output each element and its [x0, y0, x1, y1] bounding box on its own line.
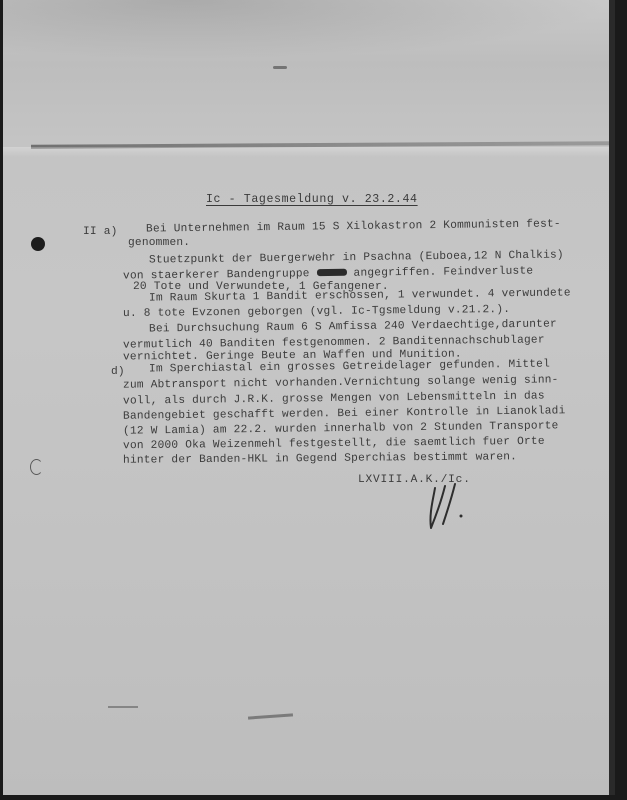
report-line: von staerkerer Bandengruppe angegriffen.… [123, 265, 533, 282]
report-line: (12 W Lamia) am 22.2. wurden innerhalb v… [123, 420, 559, 437]
report-line: zum Abtransport nicht vorhanden.Vernicht… [123, 374, 559, 391]
report-line: voll, als durch J.R.K. grosse Mengen von… [123, 390, 545, 407]
report-line: genommen. [128, 237, 190, 249]
report-line-part: angegriffen. Feindverluste [353, 265, 533, 279]
scanned-page: Ic - Tagesmeldung v. 23.2.44 II a) Bei U… [3, 0, 615, 795]
report-line: Bei Unternehmen im Raum 15 S Xilokastron… [146, 218, 561, 235]
report-line: hinter der Banden-HKL in Gegend Sperchia… [123, 451, 517, 466]
handwritten-signature-icon [421, 480, 471, 532]
report-line: Stuetzpunkt der Buergerwehr in Psachna (… [149, 249, 564, 266]
section-marker: II a) [83, 226, 118, 238]
item-marker: d) [111, 366, 125, 378]
report-line: von 2000 Oka Weizenmehl festgestellt, di… [123, 436, 545, 452]
report-line: Bei Durchsuchung Raum 6 S Amfissa 240 Ve… [149, 319, 557, 336]
typed-report: Ic - Tagesmeldung v. 23.2.44 II a) Bei U… [3, 0, 615, 795]
redaction-mark [317, 268, 347, 275]
report-title: Ic - Tagesmeldung v. 23.2.44 [206, 193, 418, 206]
report-line: u. 8 tote Evzonen geborgen (vgl. Ic-Tgsm… [123, 304, 510, 320]
